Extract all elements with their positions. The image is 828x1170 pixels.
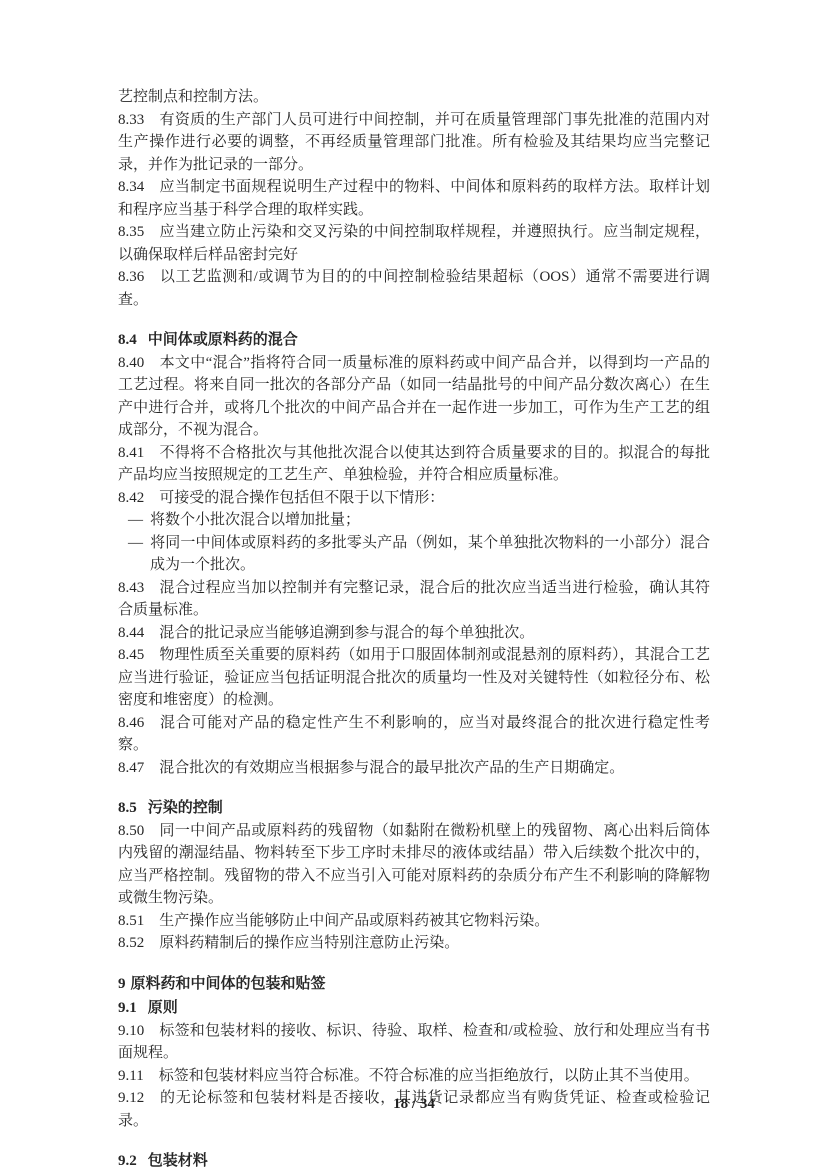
bullet-text: 将数个小批次混合以增加批量；: [150, 512, 360, 528]
section-title: 原则: [148, 1000, 178, 1016]
clause-8-44: 8.44混合的批记录应当能够追溯到参与混合的每个单独批次。: [118, 622, 710, 645]
clause-number: 8.51: [118, 913, 144, 929]
section-title: 中间体或原料药的混合: [148, 332, 298, 348]
clause-number: 8.35: [118, 224, 144, 240]
clause-number: 8.40: [118, 355, 144, 371]
section-heading-9-2: 9.2包装材料: [118, 1150, 710, 1170]
dash-marker: —: [128, 532, 150, 555]
clause-text: 不得将不合格批次与其他批次混合以使其达到符合质量要求的目的。拟混合的每批产品均应…: [118, 445, 710, 484]
clause-8-36: 8.36以工艺监测和/或调节为目的的中间控制检验结果超标（OOS）通常不需要进行…: [118, 266, 710, 311]
section-heading-8-5: 8.5污染的控制: [118, 797, 710, 820]
clause-text: 以工艺监测和/或调节为目的的中间控制检验结果超标（OOS）通常不需要进行调查。: [118, 269, 710, 308]
clause-number: 8.50: [118, 823, 144, 839]
clause-number: 8.44: [118, 625, 144, 641]
clause-number: 8.52: [118, 935, 144, 951]
chapter-title: 原料药和中间体的包装和贴签: [131, 976, 326, 992]
clause-text: 混合可能对产品的稳定性产生不利影响的，应当对最终混合的批次进行稳定性考察。: [118, 715, 710, 754]
clause-text: 有资质的生产部门人员可进行中间控制，并可在质量管理部门事先批准的范围内对生产操作…: [118, 112, 710, 173]
section-number: 9.2: [118, 1153, 137, 1169]
clause-number: 8.47: [118, 760, 144, 776]
section-heading-8-4: 8.4中间体或原料药的混合: [118, 329, 710, 352]
section-number: 8.5: [118, 800, 137, 816]
clause-number: 8.43: [118, 580, 144, 596]
clause-text: 混合的批记录应当能够追溯到参与混合的每个单独批次。: [159, 625, 534, 641]
section-number: 8.4: [118, 332, 137, 348]
clause-8-33: 8.33有资质的生产部门人员可进行中间控制，并可在质量管理部门事先批准的范围内对…: [118, 109, 710, 177]
clause-text: 应当建立防止污染和交叉污染的中间控制取样规程，并遵照执行。应当制定规程，以确保取…: [118, 224, 710, 263]
chapter-number: 9: [118, 976, 126, 992]
clause-text: 本文中“混合”指将符合同一质量标准的原料药或中间产品合并，以得到均一产品的工艺过…: [118, 355, 710, 439]
page-footer: 18 / 34: [0, 1096, 828, 1113]
dash-marker: —: [128, 509, 150, 532]
clause-text: 可接受的混合操作包括但不限于以下情形：: [159, 490, 444, 506]
bullet-text: 将同一中间体或原料药的多批零头产品（例如，某个单独批次物料的一小部分）混合成为一…: [150, 535, 710, 574]
clause-number: 9.11: [118, 1068, 144, 1084]
clause-8-40: 8.40本文中“混合”指将符合同一质量标准的原料药或中间产品合并，以得到均一产品…: [118, 352, 710, 442]
section-heading-9-1: 9.1原则: [118, 997, 710, 1020]
bullet-item-2: —将同一中间体或原料药的多批零头产品（例如，某个单独批次物料的一小部分）混合成为…: [118, 532, 710, 577]
bullet-item-1: —将数个小批次混合以增加批量；: [118, 509, 710, 532]
clause-text: 物理性质至关重要的原料药（如用于口服固体制剂或混悬剂的原料药），其混合工艺应当进…: [118, 647, 710, 708]
clause-9-10: 9.10标签和包装材料的接收、标识、待验、取样、检查和/或检验、放行和处理应当有…: [118, 1020, 710, 1065]
section-number: 9.1: [118, 1000, 137, 1016]
clause-number: 8.36: [118, 269, 144, 285]
clause-8-42: 8.42可接受的混合操作包括但不限于以下情形：: [118, 487, 710, 510]
clause-8-41: 8.41不得将不合格批次与其他批次混合以使其达到符合质量要求的目的。拟混合的每批…: [118, 442, 710, 487]
clause-8-51: 8.51生产操作应当能够防止中间产品或原料药被其它物料污染。: [118, 910, 710, 933]
clause-number: 8.41: [118, 445, 144, 461]
clause-8-45: 8.45物理性质至关重要的原料药（如用于口服固体制剂或混悬剂的原料药），其混合工…: [118, 644, 710, 712]
clause-8-47: 8.47混合批次的有效期应当根据参与混合的最早批次产品的生产日期确定。: [118, 757, 710, 780]
clause-9-11: 9.11标签和包装材料应当符合标准。不符合标准的应当拒绝放行，以防止其不当使用。: [118, 1065, 710, 1088]
clause-number: 8.34: [118, 179, 144, 195]
clause-number: 9.10: [118, 1023, 144, 1039]
clause-continuation: 艺控制点和控制方法。: [118, 86, 710, 109]
clause-text: 标签和包装材料的接收、标识、待验、取样、检查和/或检验、放行和处理应当有书面规程…: [118, 1023, 710, 1062]
clause-8-34: 8.34应当制定书面规程说明生产过程中的物料、中间体和原料药的取样方法。取样计划…: [118, 176, 710, 221]
clause-number: 8.45: [118, 647, 144, 663]
clause-number: 8.33: [118, 112, 144, 128]
chapter-heading-9: 9原料药和中间体的包装和贴签: [118, 973, 710, 996]
clause-8-35: 8.35应当建立防止污染和交叉污染的中间控制取样规程，并遵照执行。应当制定规程，…: [118, 221, 710, 266]
clause-text: 混合批次的有效期应当根据参与混合的最早批次产品的生产日期确定。: [159, 760, 624, 776]
document-page: 艺控制点和控制方法。 8.33有资质的生产部门人员可进行中间控制，并可在质量管理…: [0, 0, 828, 1170]
clause-text: 混合过程应当加以控制并有完整记录，混合后的批次应当适当进行检验，确认其符合质量标…: [118, 580, 710, 619]
clause-8-50: 8.50同一中间产品或原料药的残留物（如黏附在微粉机壁上的残留物、离心出料后筒体…: [118, 820, 710, 910]
section-title: 包装材料: [148, 1153, 208, 1169]
document-content: 艺控制点和控制方法。 8.33有资质的生产部门人员可进行中间控制，并可在质量管理…: [118, 86, 710, 1170]
clause-text: 标签和包装材料应当符合标准。不符合标准的应当拒绝放行，以防止其不当使用。: [159, 1068, 699, 1084]
clause-number: 8.46: [118, 715, 144, 731]
page-number: 18 / 34: [393, 1096, 435, 1112]
section-title: 污染的控制: [148, 800, 223, 816]
clause-8-43: 8.43混合过程应当加以控制并有完整记录，混合后的批次应当适当进行检验，确认其符…: [118, 577, 710, 622]
clause-text: 生产操作应当能够防止中间产品或原料药被其它物料污染。: [159, 913, 549, 929]
clause-text: 原料药精制后的操作应当特别注意防止污染。: [159, 935, 459, 951]
clause-text: 应当制定书面规程说明生产过程中的物料、中间体和原料药的取样方法。取样计划和程序应…: [118, 179, 710, 218]
clause-8-46: 8.46混合可能对产品的稳定性产生不利影响的，应当对最终混合的批次进行稳定性考察…: [118, 712, 710, 757]
clause-number: 8.42: [118, 490, 144, 506]
clause-text: 同一中间产品或原料药的残留物（如黏附在微粉机壁上的残留物、离心出料后筒体内残留的…: [118, 823, 710, 907]
clause-text: 艺控制点和控制方法。: [118, 89, 268, 105]
clause-8-52: 8.52原料药精制后的操作应当特别注意防止污染。: [118, 932, 710, 955]
